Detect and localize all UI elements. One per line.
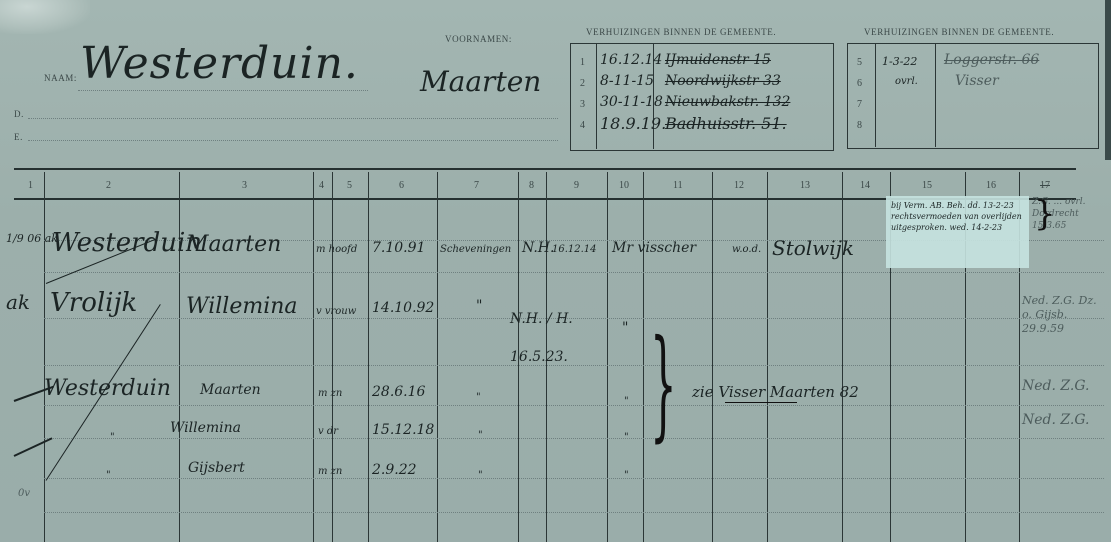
col-border <box>842 172 843 542</box>
verh-right-div2 <box>935 43 936 147</box>
row2-col1: ak <box>6 290 30 314</box>
verh-date: 18.9.19. <box>600 114 666 133</box>
verh-row-num: 4 <box>580 120 585 131</box>
cross-reference-note: zie Visser Maarten 82 <box>692 383 859 401</box>
row4-birthdate: 15.12.18 <box>372 422 434 438</box>
note-brace: } <box>1034 194 1056 234</box>
col-border <box>767 172 768 542</box>
row3-birthdate: 28.6.16 <box>372 384 425 400</box>
verh-address: IJmuidenstr 15 <box>665 52 771 68</box>
row1-firstname: Maarten <box>186 232 281 257</box>
verh-row-num: 2 <box>580 78 585 89</box>
e-label: E. <box>14 132 23 142</box>
col-number: 16 <box>986 180 996 191</box>
col-border <box>712 172 713 542</box>
row1-sex-role: m hoofd <box>316 244 357 255</box>
col-number: 10 <box>619 180 629 191</box>
verh-row-num: 3 <box>580 99 585 110</box>
col-number: 7 <box>474 180 479 191</box>
row2-sex-role: v vrouw <box>316 306 356 317</box>
verhuizingen-right-title: VERHUIZINGEN BINNEN DE GEMEENTE. <box>864 27 1054 37</box>
row1-note-presumed-death: bij Verm. AB. Beh. dd. 13-2-23 rechtsver… <box>891 200 1027 233</box>
verh-row-num: 8 <box>857 120 862 131</box>
verh-date: 8-11-15 <box>600 73 654 89</box>
row1-origin-place: Stolwijk <box>772 236 854 260</box>
family-brace: } <box>650 300 677 470</box>
row1-occupation: Mr visscher <box>612 240 696 256</box>
row3-firstname: Maarten <box>200 382 261 398</box>
row1-col1: 1/9 06 ak <box>6 232 58 245</box>
col-number: 1 <box>28 180 33 191</box>
verh-row-num: 6 <box>857 78 862 89</box>
col-number: 12 <box>734 180 744 191</box>
col-number: 15 <box>922 180 932 191</box>
row1-birthplace: Scheveningen <box>440 244 511 255</box>
col-border <box>332 172 333 542</box>
row2-remarks: Ned. Z.G. Dz. o. Gijsb. 29.9.59 <box>1022 294 1110 336</box>
col-number: 3 <box>242 180 247 191</box>
row-guide <box>44 405 1104 406</box>
verh-row-num: 7 <box>857 99 862 110</box>
d-line <box>28 118 558 119</box>
row2-firstname: Willemina <box>186 294 298 319</box>
row4-birthplace: " <box>478 430 483 441</box>
verh-right-div1 <box>875 43 876 147</box>
row5-firstname: Gijsbert <box>188 460 245 476</box>
col-number: 5 <box>347 180 352 191</box>
naam-value: Westerduin. <box>80 38 359 89</box>
col-border <box>313 172 314 542</box>
paper-stain <box>0 0 90 34</box>
d-label: D. <box>14 109 24 119</box>
row-guide <box>44 272 1104 273</box>
col-border <box>368 172 369 542</box>
row4-remarks: Ned. Z.G. <box>1022 412 1089 428</box>
verh-left-div1 <box>596 43 597 149</box>
verh-address: Visser <box>955 73 999 89</box>
row2-ditto: " <box>622 320 628 336</box>
row1-religion: N.H. <box>522 240 554 256</box>
verh-row-num: 1 <box>580 57 585 68</box>
margin-mark: 0v <box>18 488 30 499</box>
col-border <box>643 172 644 542</box>
col-number: 4 <box>319 180 324 191</box>
row4-ditto: " <box>624 432 629 443</box>
table-top-rule <box>14 168 1076 170</box>
row3-sex-role: m zn <box>318 388 342 399</box>
verh-address: Nieuwbakstr. 132 <box>665 94 790 110</box>
row-guide <box>44 512 1104 513</box>
row4-sex-role: v dr <box>318 426 338 437</box>
row5-ditto: " <box>624 470 629 481</box>
row-guide <box>44 438 1104 439</box>
voornamen-label: VOORNAMEN: <box>445 34 512 44</box>
col-number: 8 <box>529 180 534 191</box>
col-border <box>437 172 438 542</box>
row2-birthplace: " <box>476 298 482 314</box>
row1-surname: Westerduin <box>52 228 202 258</box>
card-edge <box>1105 0 1111 160</box>
col-number: 13 <box>800 180 810 191</box>
verh-address: Loggerstr. 66 <box>944 52 1039 68</box>
row2-religion-and-move: N.H. / H. 16.5.23. <box>510 300 620 376</box>
verh-date: 30-11-18 <box>600 94 663 110</box>
verh-date: ovrl. <box>895 76 918 87</box>
col-border <box>44 172 45 542</box>
verh-date: 16.12.14 <box>600 52 662 68</box>
verh-address: Badhuisstr. 51. <box>665 114 787 133</box>
row5-surname-ditto: " <box>106 470 111 481</box>
row1-arrival-date: 16.12.14 <box>552 244 597 255</box>
col-number: 6 <box>399 180 404 191</box>
row2-surname: Vrolijk <box>50 288 137 318</box>
row4-surname-ditto: " <box>110 432 115 443</box>
col-number: 14 <box>860 180 870 191</box>
verh-date: 1-3-22 <box>882 55 917 68</box>
row3-remarks: Ned. Z.G. <box>1022 378 1089 394</box>
row1-origin-prefix: w.o.d. <box>732 244 761 255</box>
row3-surname: Westerduin <box>44 376 171 401</box>
e-line <box>28 140 558 141</box>
verh-row-num: 5 <box>857 57 862 68</box>
col-number: 17 <box>1040 180 1050 191</box>
verh-address: Noordwijkstr 33 <box>665 73 781 89</box>
row1-birthdate: 7.10.91 <box>372 240 425 256</box>
verhuizingen-left-title: VERHUIZINGEN BINNEN DE GEMEENTE. <box>586 27 776 37</box>
col-number: 9 <box>574 180 579 191</box>
row-guide <box>44 478 1104 479</box>
row3-birthplace: " <box>476 392 481 403</box>
row3-ditto: " <box>624 396 629 407</box>
col-number: 2 <box>106 180 111 191</box>
row2-birthdate: 14.10.92 <box>372 300 434 316</box>
naam-label: NAAM: <box>44 73 77 83</box>
row5-sex-role: m zn <box>318 466 342 477</box>
visser-underline <box>725 402 797 403</box>
naam-line <box>78 90 368 91</box>
col-number: 11 <box>673 180 683 191</box>
voornamen-value: Maarten <box>420 65 541 98</box>
row5-birthplace: " <box>478 470 483 481</box>
row5-birthdate: 2.9.22 <box>372 462 417 478</box>
row4-firstname: Willemina <box>170 420 241 436</box>
